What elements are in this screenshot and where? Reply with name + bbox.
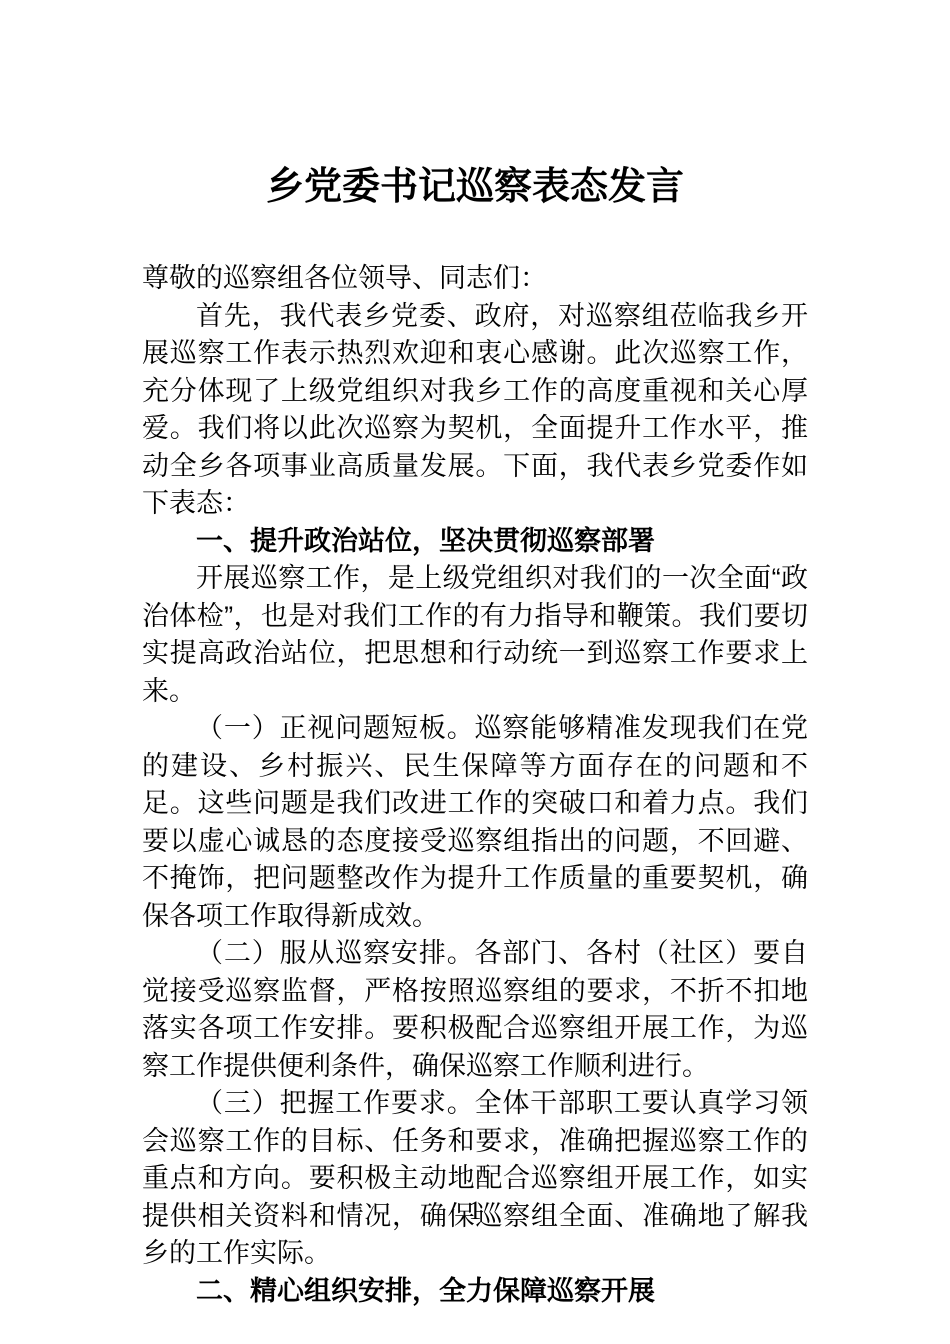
section-heading-1: 一、提升政治站位，坚决贯彻巡察部署 xyxy=(142,523,808,561)
document-body: 尊敬的巡察组各位领导、同志们： 首先，我代表乡党委、政府，对巡察组莅临我乡开展巡… xyxy=(142,260,808,1310)
section-heading-2: 二、精心组织安排，全力保障巡察开展 xyxy=(142,1273,808,1311)
paragraph-point-3: （三）把握工作要求。全体干部职工要认真学习领会巡察工作的目标、任务和要求，准确把… xyxy=(142,1085,808,1273)
paragraph-opening: 首先，我代表乡党委、政府，对巡察组莅临我乡开展巡察工作表示热烈欢迎和衷心感谢。此… xyxy=(142,298,808,523)
document-page: 乡党委书记巡察表态发言 尊敬的巡察组各位领导、同志们： 首先，我代表乡党委、政府… xyxy=(0,0,950,1344)
paragraph-section1-intro: 开展巡察工作，是上级党组织对我们的一次全面“政治体检”，也是对我们工作的有力指导… xyxy=(142,560,808,710)
paragraph-point-1: （一）正视问题短板。巡察能够精准发现我们在党的建设、乡村振兴、民生保障等方面存在… xyxy=(142,710,808,935)
document-title: 乡党委书记巡察表态发言 xyxy=(142,163,808,212)
salutation-line: 尊敬的巡察组各位领导、同志们： xyxy=(142,260,808,298)
paragraph-point-2: （二）服从巡察安排。各部门、各村（社区）要自觉接受巡察监督，严格按照巡察组的要求… xyxy=(142,935,808,1085)
page-number: 1 xyxy=(0,1196,950,1226)
